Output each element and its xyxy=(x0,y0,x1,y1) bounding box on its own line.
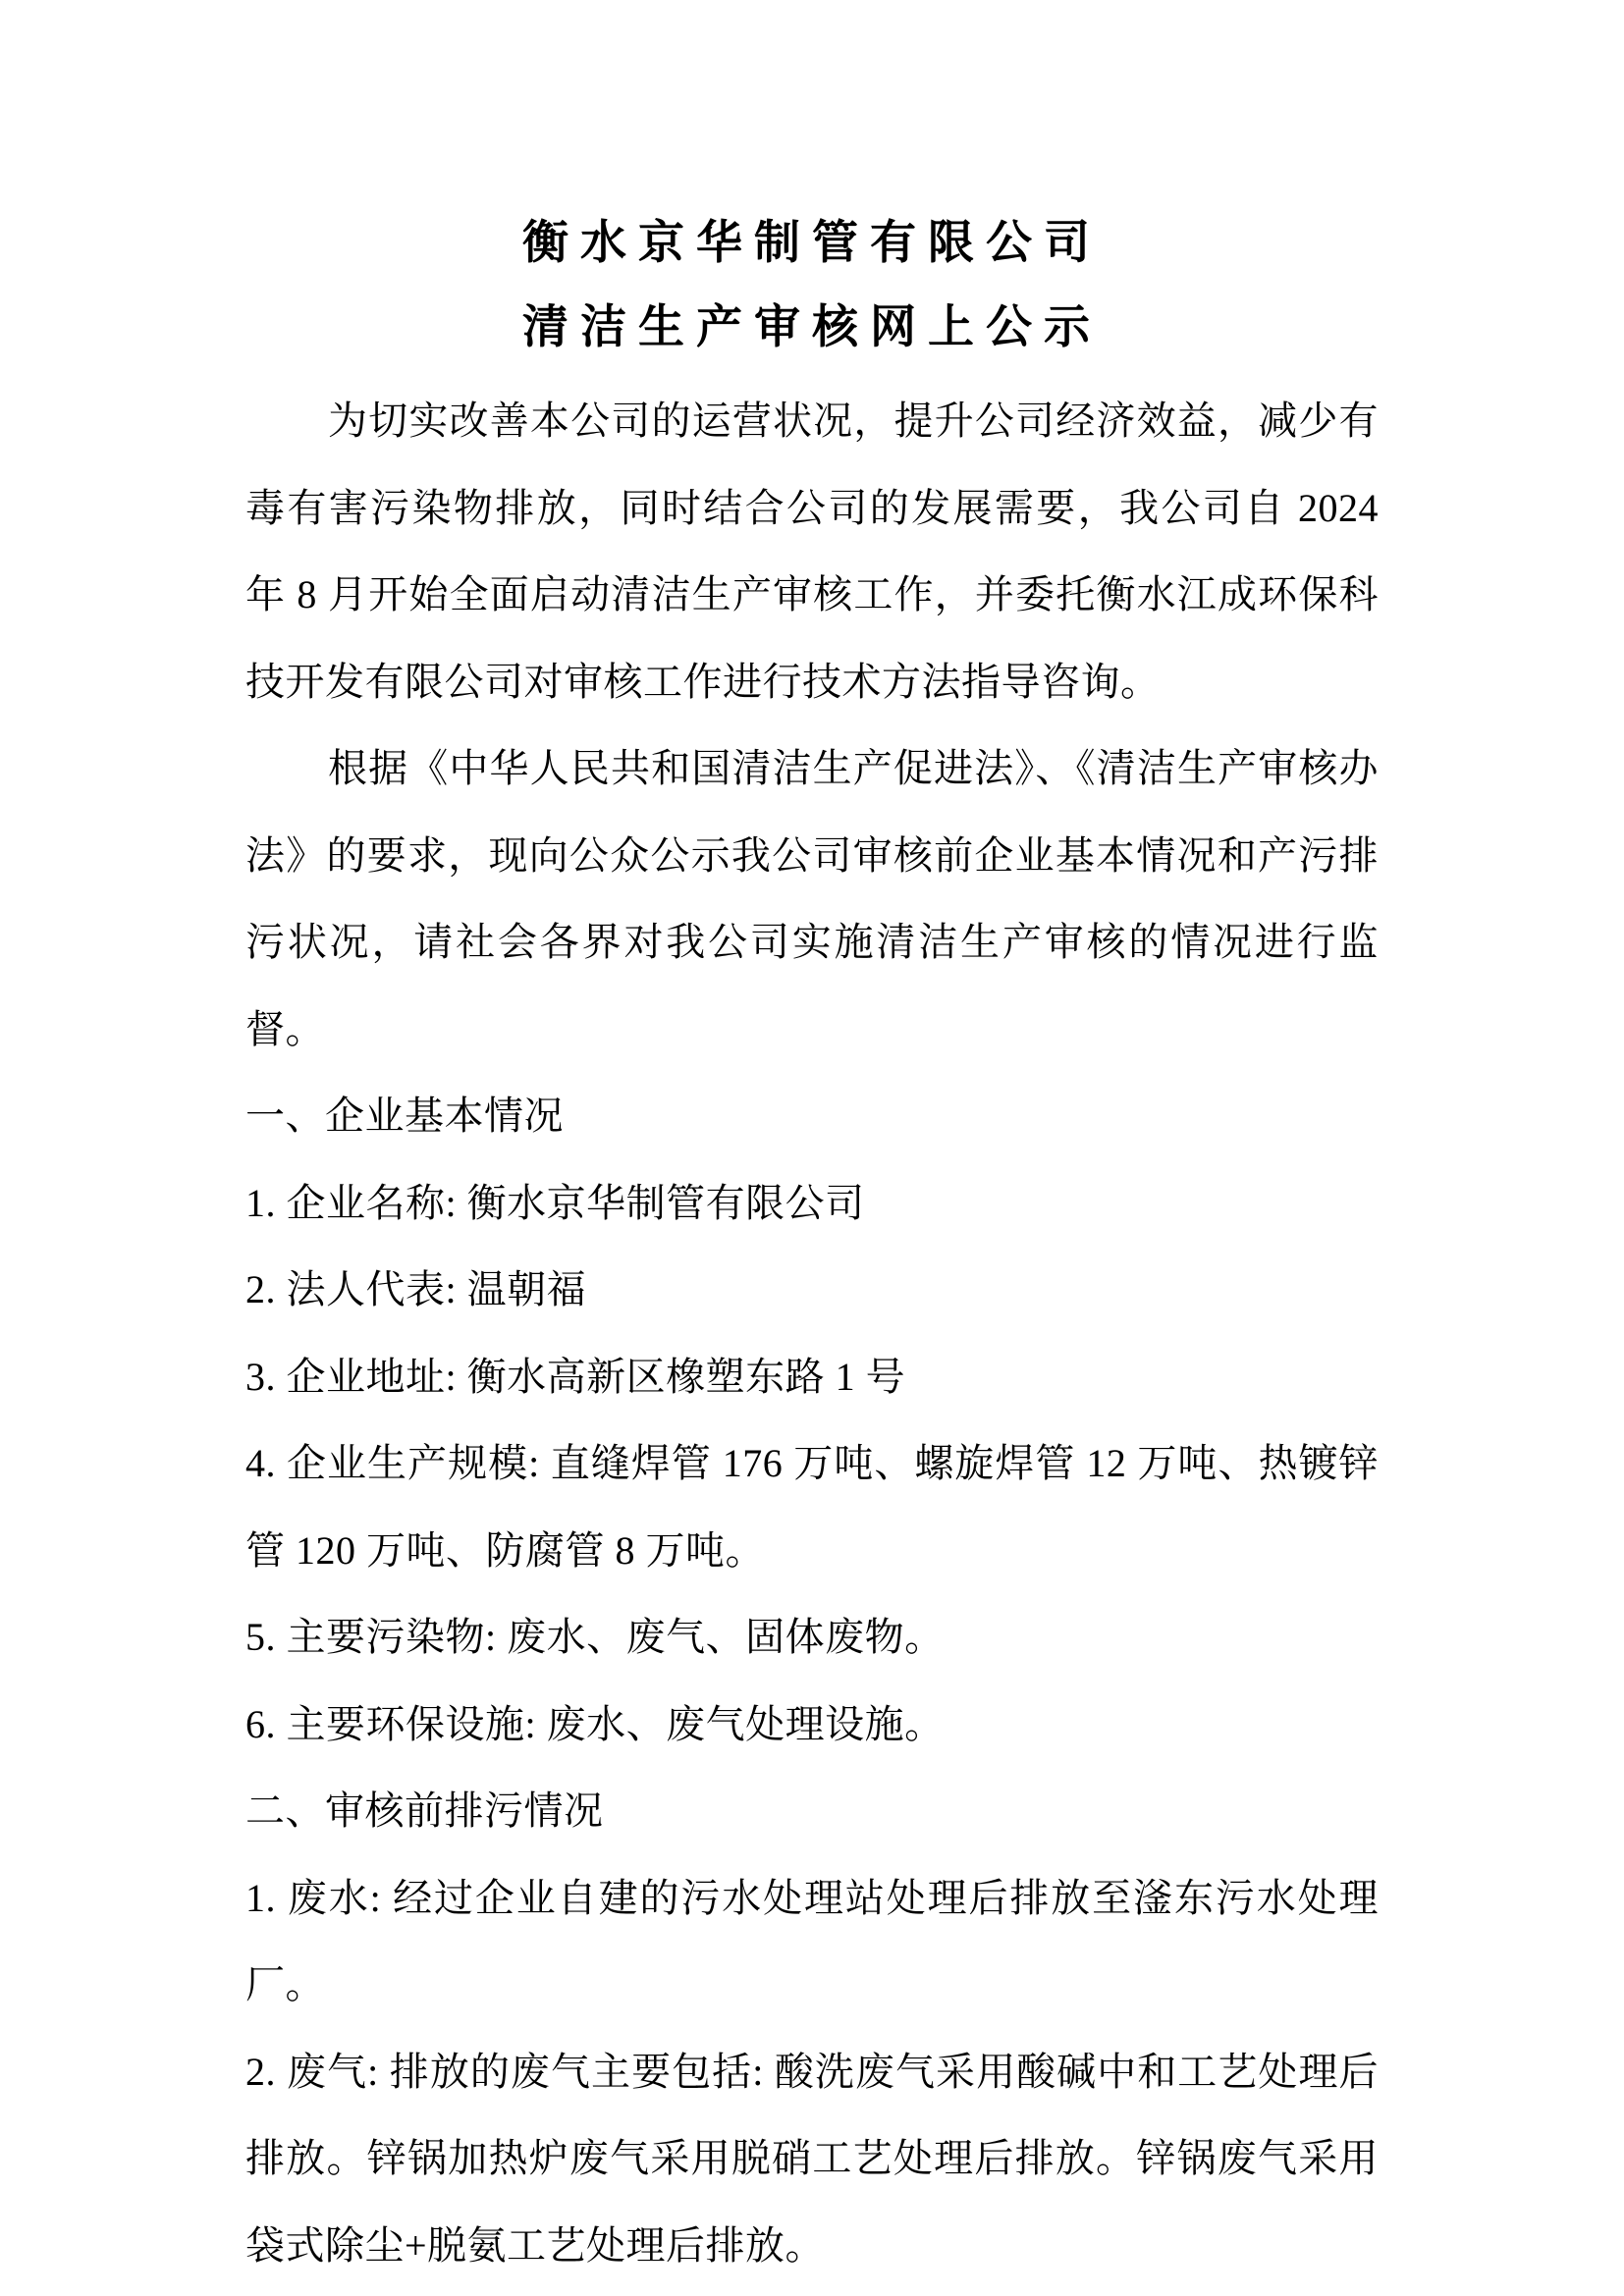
legal-basis-paragraph: 根据《中华人民共和国清洁生产促进法》、《清洁生产审核办法》的要求，现向公众公示我… xyxy=(245,725,1379,1073)
doc-subtitle: 清洁生产审核网上公示 xyxy=(245,286,1379,370)
item-production-scale: 4. 企业生产规模: 直缝焊管 176 万吨、螺旋焊管 12 万吨、热镀锌管 1… xyxy=(245,1420,1379,1594)
section-heading-basic-info: 一、企业基本情况 xyxy=(245,1073,1379,1160)
item-environmental-facilities: 6. 主要环保设施: 废水、废气处理设施。 xyxy=(245,1682,1379,1769)
item-legal-representative: 2. 法人代表: 温朝福 xyxy=(245,1247,1379,1334)
item-company-name: 1. 企业名称: 衡水京华制管有限公司 xyxy=(245,1160,1379,1248)
item-wastewater: 1. 废水: 经过企业自建的污水处理站处理后排放至滏东污水处理厂。 xyxy=(245,1855,1379,2029)
doc-title: 衡水京华制管有限公司 xyxy=(245,201,1379,286)
item-company-address: 3. 企业地址: 衡水高新区橡塑东路 1 号 xyxy=(245,1334,1379,1421)
document-page: 衡水京华制管有限公司 清洁生产审核网上公示 为切实改善本公司的运营状况，提升公司… xyxy=(0,0,1624,2296)
item-main-pollutants: 5. 主要污染物: 废水、废气、固体废物。 xyxy=(245,1594,1379,1682)
section-heading-pre-audit-discharge: 二、审核前排污情况 xyxy=(245,1768,1379,1855)
item-waste-gas: 2. 废气: 排放的废气主要包括: 酸洗废气采用酸碱中和工艺处理后排放。锌锅加热… xyxy=(245,2029,1379,2290)
intro-paragraph: 为切实改善本公司的运营状况，提升公司经济效益，减少有毒有害污染物排放，同时结合公… xyxy=(245,378,1379,725)
